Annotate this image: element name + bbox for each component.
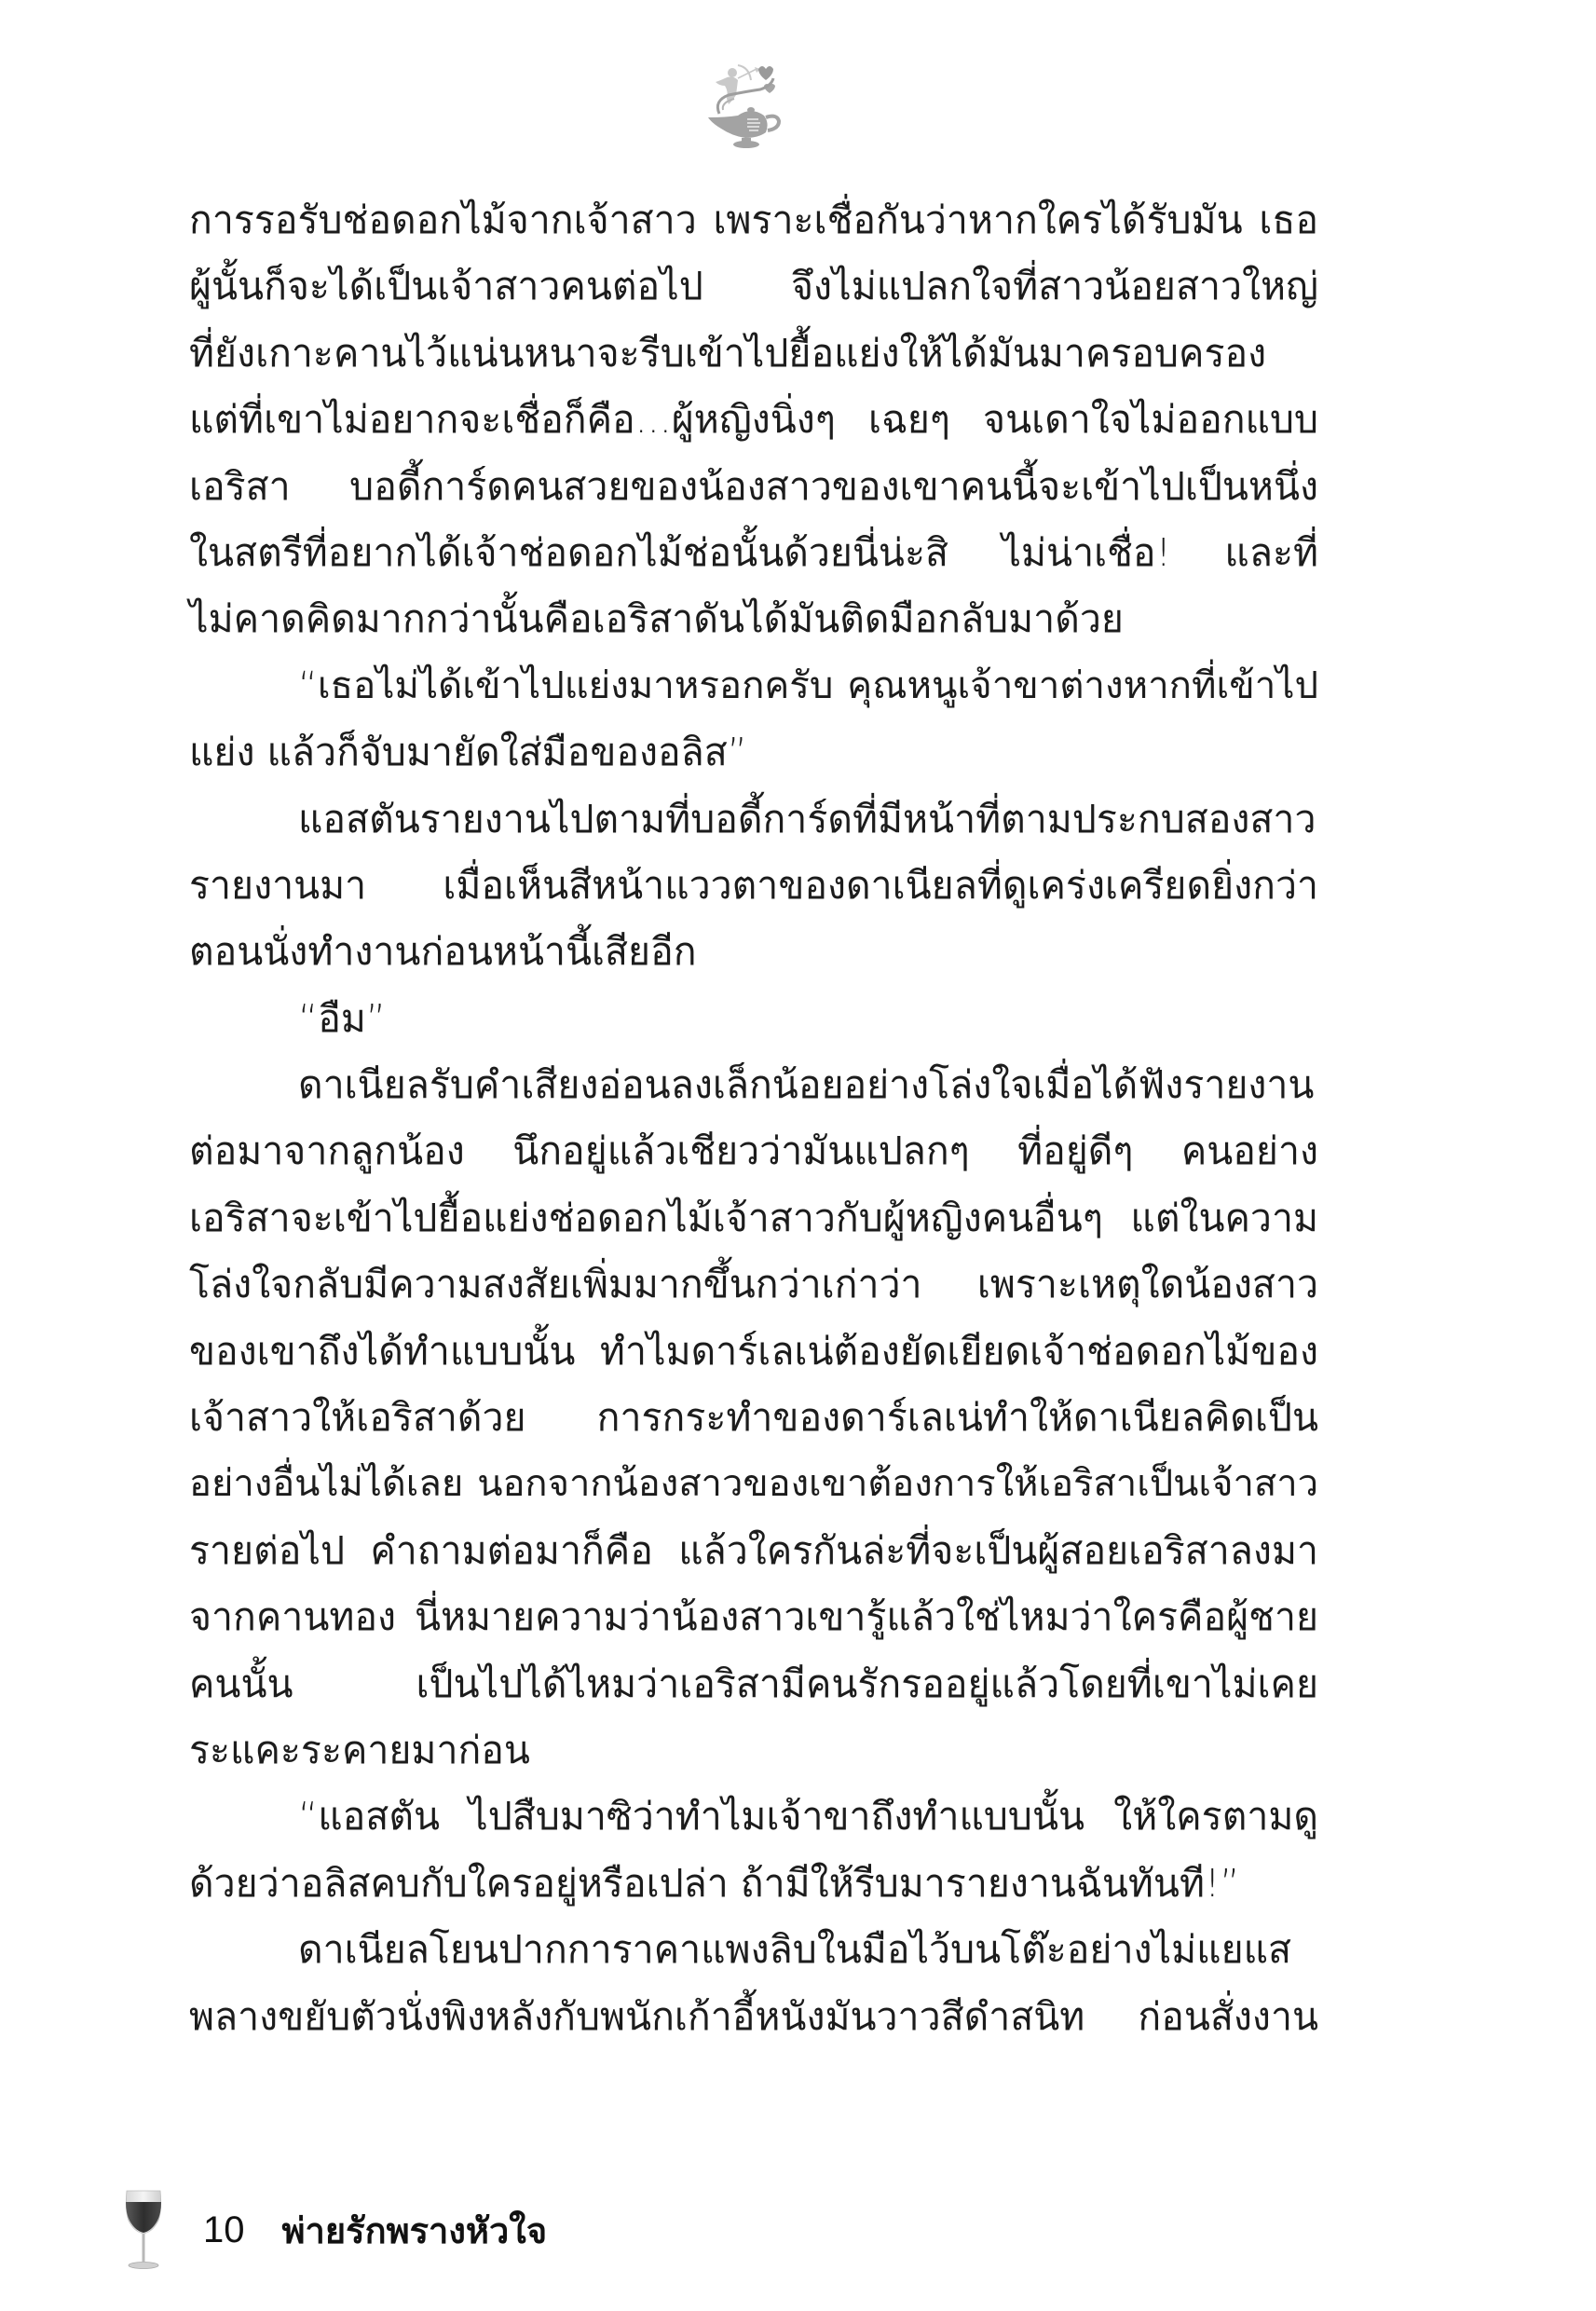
text-line: คนนั้น เป็นไปได้ไหมว่าเอริสามีคนรักรออยู…	[189, 1651, 1318, 1717]
page-footer: 10 พ่ายรักพรางหัวใจ	[121, 2188, 547, 2272]
text-line: ต่อมาจากลูกน้อง นึกอยู่แล้วเชียวว่ามันแป…	[189, 1118, 1318, 1184]
text-line: ไม่คาดคิดมากกว่านั้นคือเอริสาดันได้มันติ…	[189, 586, 1318, 652]
text-line: ด้วยว่าอลิสคบกับใครอยู่หรือเปล่า ถ้ามีให…	[189, 1851, 1318, 1917]
text-line: โล่งใจกลับมีความสงสัยเพิ่มมากขึ้นกว่าเก่…	[189, 1251, 1318, 1318]
body-text: การรอรับช่อดอกไม้จากเจ้าสาว เพราะเชื่อกั…	[189, 187, 1318, 2050]
text-line: เจ้าสาวให้เอริสาด้วย การกระทำของดาร์เลเน…	[189, 1385, 1318, 1451]
text-line: ดาเนียลรับคำเสียงอ่อนลงเล็กน้อยอย่างโล่ง…	[189, 1052, 1318, 1118]
text-line: รายงานมา เมื่อเห็นสีหน้าแววตาของดาเนียลท…	[189, 853, 1318, 919]
page-number: 10	[203, 2209, 245, 2251]
magic-lamp-cupid-icon	[701, 58, 790, 151]
wine-glass-icon	[121, 2189, 166, 2271]
text-line: แย่ง แล้วก็จับมายัดใส่มือของอลิส”	[189, 719, 1318, 786]
text-line: อย่างอื่นไม่ได้เลย นอกจากน้องสาวของเขาต้…	[189, 1451, 1318, 1517]
text-line: แอสตันรายงานไปตามที่บอดี้การ์ดที่มีหน้าท…	[189, 786, 1318, 853]
book-title: พ่ายรักพรางหัวใจ	[282, 2202, 548, 2259]
book-page: การรอรับช่อดอกไม้จากเจ้าสาว เพราะเชื่อกั…	[0, 0, 1596, 2311]
text-line: รายต่อไป คำถามต่อมาก็คือ แล้วใครกันล่ะที…	[189, 1518, 1318, 1584]
text-line: ในสตรีที่อยากได้เจ้าช่อดอกไม้ช่อนั้นด้วย…	[189, 520, 1318, 586]
text-line: ที่ยังเกาะคานไว้แน่นหนาจะรีบเข้าไปยื้อแย…	[189, 321, 1318, 387]
text-line: ดาเนียลโยนปากการาคาแพงลิบในมือไว้บนโต๊ะอ…	[189, 1917, 1318, 1983]
text-line: ระแคะระคายมาก่อน	[189, 1717, 1318, 1784]
text-line: “แอสตัน ไปสืบมาซิว่าทำไมเจ้าขาถึงทำแบบนั…	[189, 1784, 1318, 1850]
text-line: “เธอไม่ได้เข้าไปแย่งมาหรอกครับ คุณหนูเจ้…	[189, 653, 1318, 719]
text-line: “อืม”	[189, 986, 1318, 1052]
text-line: จากคานทอง นี่หมายความว่าน้องสาวเขารู้แล้…	[189, 1584, 1318, 1650]
text-line: ของเขาถึงได้ทำแบบนั้น ทำไมดาร์เลเน่ต้องย…	[189, 1319, 1318, 1385]
text-line: การรอรับช่อดอกไม้จากเจ้าสาว เพราะเชื่อกั…	[189, 187, 1318, 253]
text-line: แต่ที่เขาไม่อยากจะเชื่อก็คือ...ผู้หญิงนิ…	[189, 387, 1318, 453]
text-line: พลางขยับตัวนั่งพิงหลังกับพนักเก้าอี้หนัง…	[189, 1984, 1318, 2050]
text-line: เอริสาจะเข้าไปยื้อแย่งช่อดอกไม้เจ้าสาวกั…	[189, 1185, 1318, 1251]
text-line: ผู้นั้นก็จะได้เป็นเจ้าสาวคนต่อไป จึงไม่แ…	[189, 253, 1318, 320]
text-line: ตอนนั่งทำงานก่อนหน้านี้เสียอีก	[189, 919, 1318, 985]
text-line: เอริสา บอดี้การ์ดคนสวยของน้องสาวของเขาคน…	[189, 454, 1318, 520]
